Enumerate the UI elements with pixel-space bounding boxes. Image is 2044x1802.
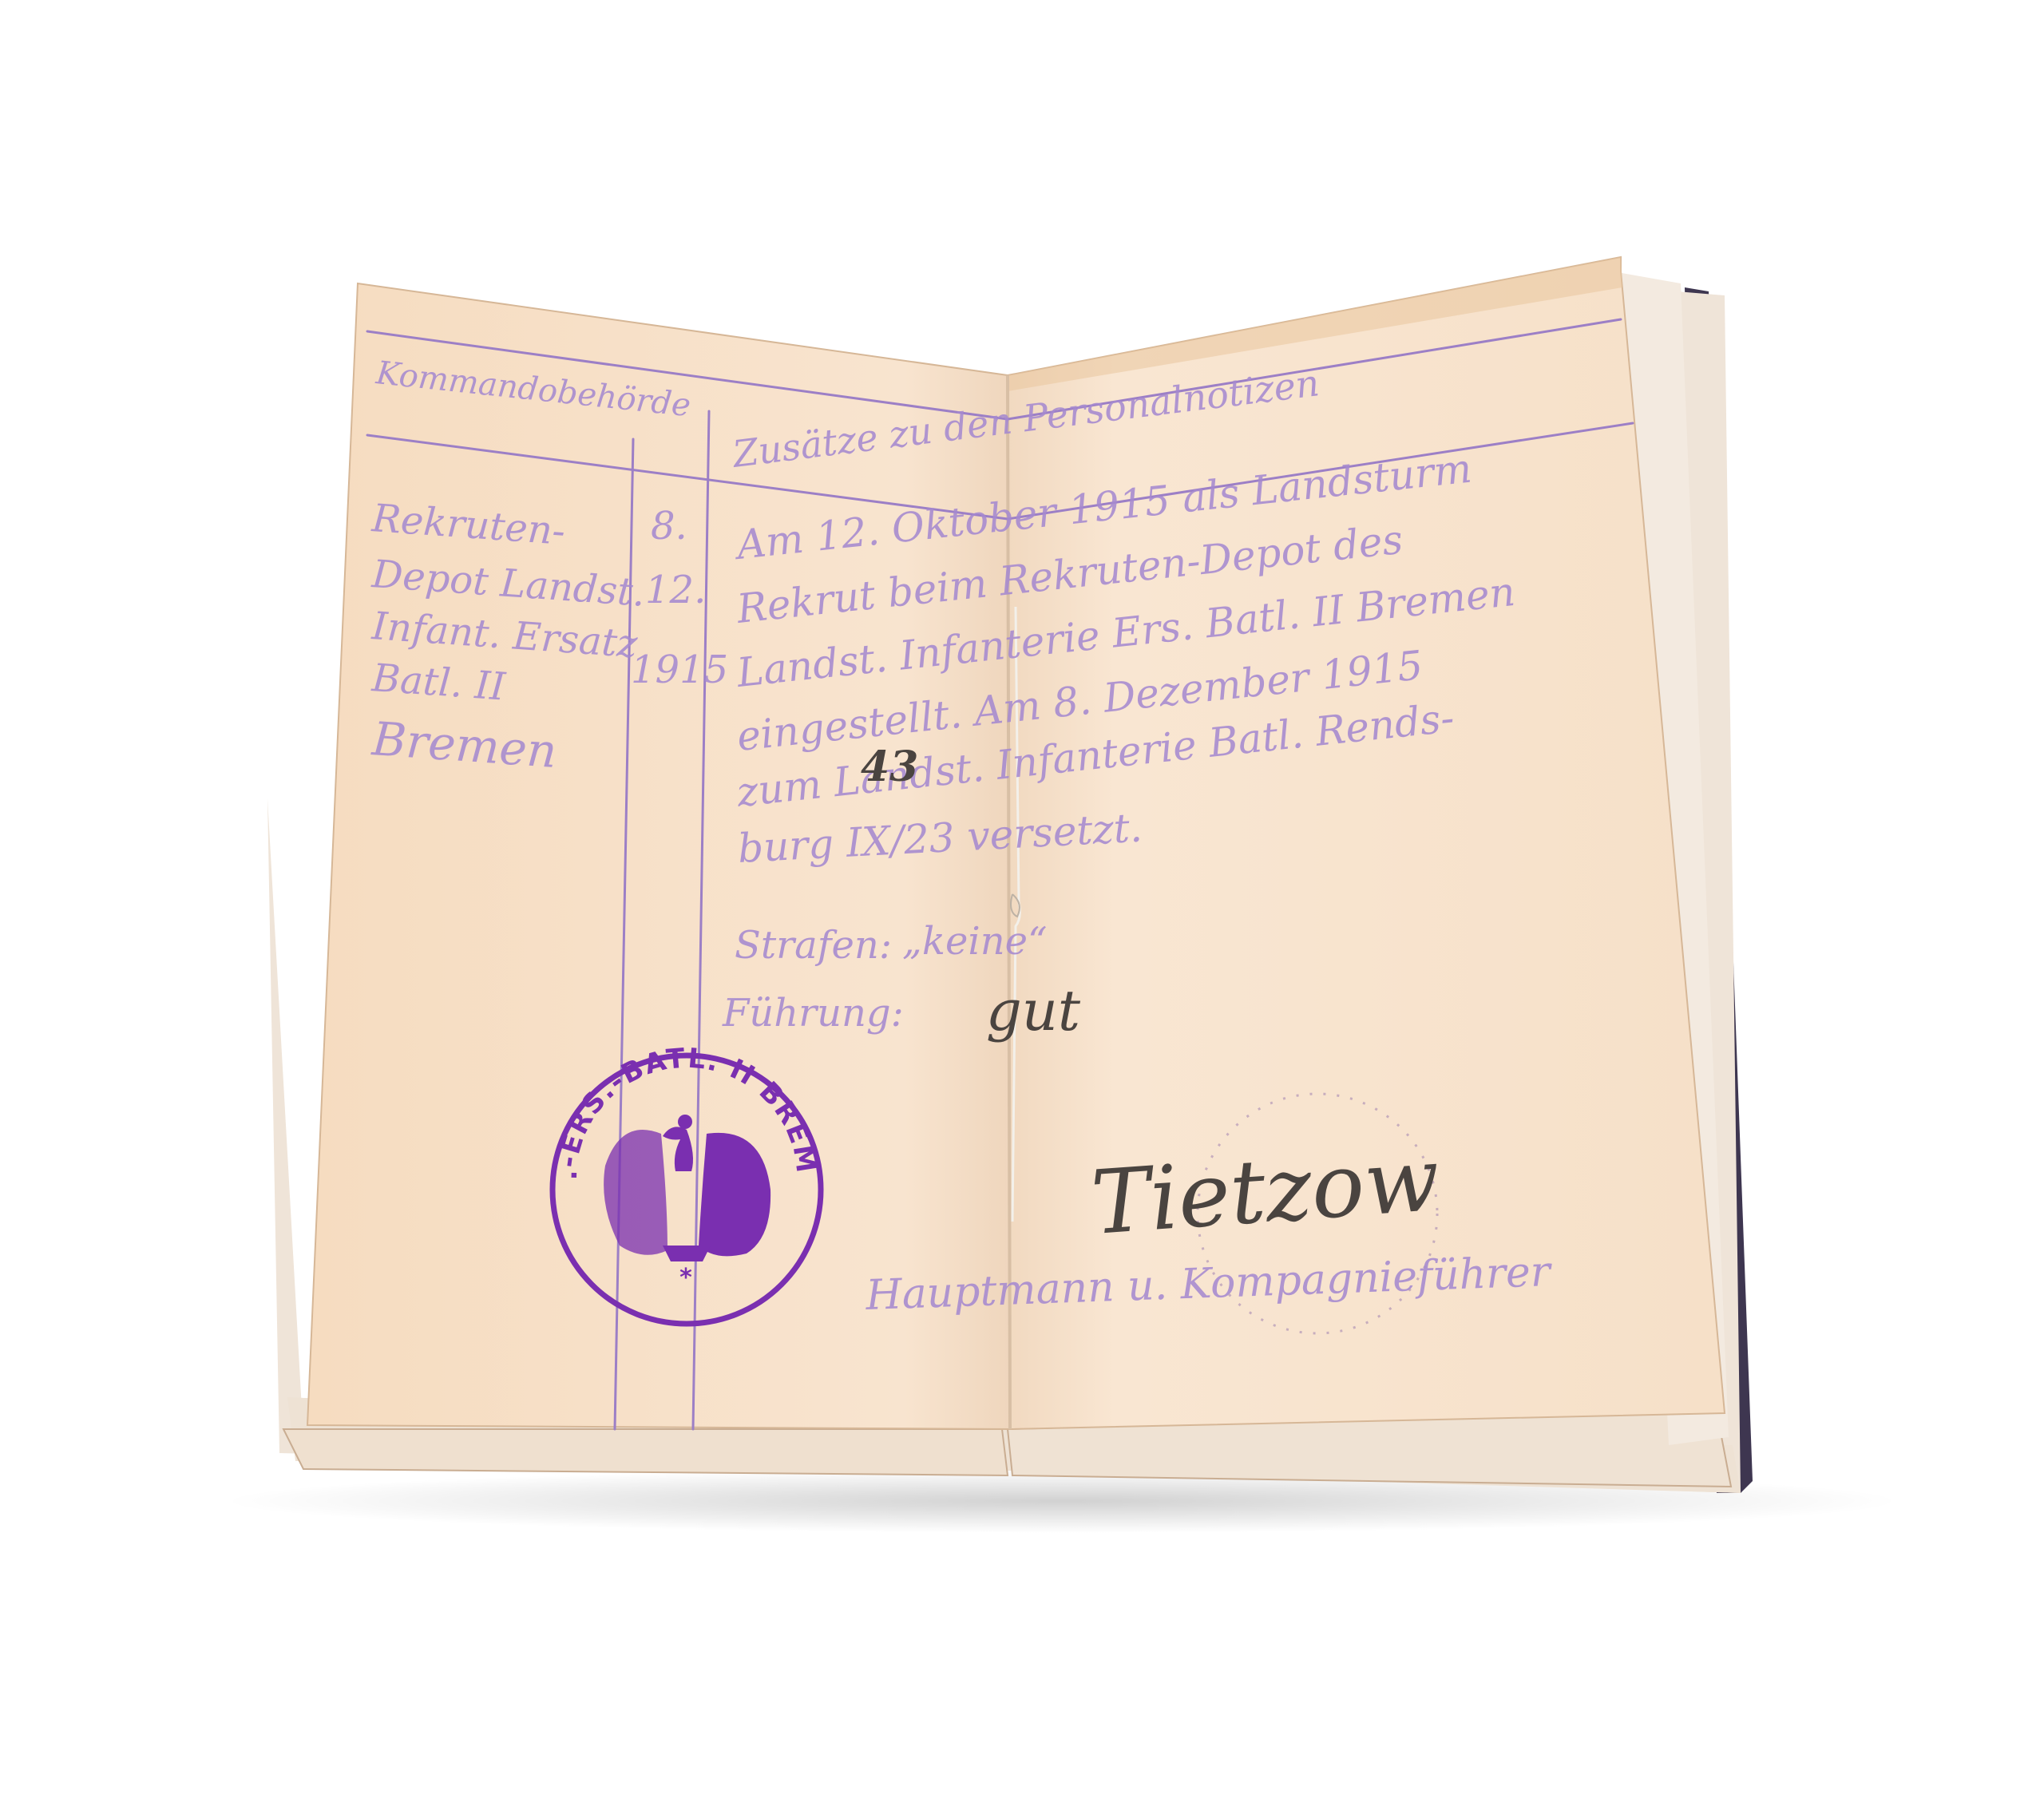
stamp-star: * (679, 1264, 694, 1292)
unit-line: Batl. II (370, 655, 508, 710)
fuehrung-value: gut (986, 978, 1081, 1044)
date-line: 8. (651, 504, 687, 549)
photo-stage: Kommandobehörde Zusätze zu den Personaln… (0, 0, 2044, 1802)
date-line: 1915 (631, 648, 728, 692)
strafen-label: Strafen: (735, 923, 892, 968)
pencil-correction: 43 (861, 743, 918, 791)
open-book-illustration: Kommandobehörde Zusätze zu den Personaln… (0, 0, 2044, 1802)
lower-page-strip (283, 1429, 1008, 1475)
strafen-value: „keine“ (902, 919, 1048, 964)
date-line: 12. (645, 568, 706, 612)
fuehrung-label: Führung: (722, 991, 904, 1036)
